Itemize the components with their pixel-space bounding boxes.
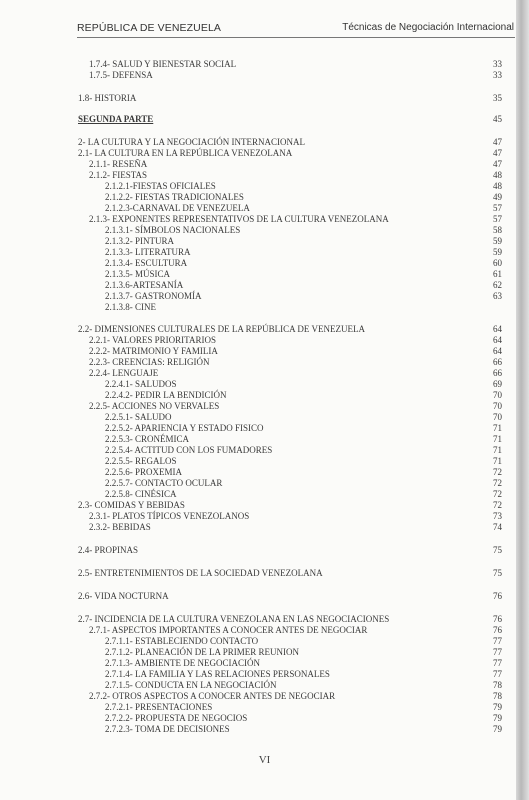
toc-entry-page: 48 <box>493 170 502 181</box>
header-book-title: Técnicas de Negociación Internacional <box>342 22 514 33</box>
toc-entry-page: 78 <box>493 680 502 691</box>
toc-entry-title: 2.2.2- MATRIMONIO Y FAMILIA <box>89 346 218 357</box>
toc-entry: 2.1.2- FIESTAS48 <box>78 170 502 181</box>
toc-entry-page: 48 <box>493 181 502 192</box>
toc-entry-title: 2.1.2.3-CARNAVAL DE VENEZUELA <box>105 203 250 214</box>
toc-entry-page: 77 <box>493 647 502 658</box>
toc-entry: 1.7.4- SALUD Y BIENESTAR SOCIAL33 <box>78 59 502 70</box>
toc-entry-title: 2.7.2.2- PROPUESTA DE NEGOCIOS <box>105 713 247 724</box>
toc-entry-page: 76 <box>493 614 502 625</box>
toc-entry: 2.7.1.4- LA FAMILIA Y LAS RELACIONES PER… <box>78 669 502 680</box>
header-country: REPÚBLICA DE VENEZUELA <box>77 22 221 34</box>
toc-entry-title: 2.1.3.1- SÍMBOLOS NACIONALES <box>105 225 240 236</box>
toc-entry-title: 2.7- INCIDENCIA DE LA CULTURA VENEZOLANA… <box>78 614 389 625</box>
toc-entry: 2.4- PROPINAS75 <box>78 545 502 556</box>
toc-entry-title: 2.1.2.2- FIESTAS TRADICIONALES <box>105 192 244 203</box>
toc-entry: 2.7.2.3- TOMA DE DECISIONES79 <box>78 724 502 735</box>
toc-entry: 2.3.2- BEBIDAS74 <box>78 522 502 533</box>
toc-entry-page: 64 <box>493 346 502 357</box>
toc-entry-page: 76 <box>493 625 502 636</box>
toc-entry-page: 71 <box>493 456 502 467</box>
toc-entry-page: 64 <box>493 335 502 346</box>
toc-entry: 2.6- VIDA NOCTURNA76 <box>78 591 502 602</box>
document-page: REPÚBLICA DE VENEZUELA Técnicas de Negoc… <box>0 0 516 800</box>
toc-entry-title: 2.2.5.1- SALUDO <box>105 412 172 423</box>
toc-entry-title: 2.1.2- FIESTAS <box>89 170 147 181</box>
toc-entry-page: 78 <box>493 691 502 702</box>
toc-entry: 2.1.3.4- ESCULTURA60 <box>78 258 502 269</box>
toc-entry-title: 2.7.2.3- TOMA DE DECISIONES <box>105 724 230 735</box>
toc-entry: 2.2.3- CREENCIAS: RELIGIÓN66 <box>78 357 502 368</box>
toc-entry-page: 71 <box>493 434 502 445</box>
toc-entry: 2.1.1- RESEÑA47 <box>78 159 502 170</box>
toc-entry-page: 73 <box>493 511 502 522</box>
toc-entry: 2.2.2- MATRIMONIO Y FAMILIA64 <box>78 346 502 357</box>
toc-entry-page: 35 <box>493 93 502 104</box>
toc-entry-page: 62 <box>493 280 502 291</box>
toc-entry-page: 72 <box>493 500 502 511</box>
toc-entry: 2.3- COMIDAS Y BEBIDAS72 <box>78 500 502 511</box>
toc-entry: 2.3.1- PLATOS TÍPICOS VENEZOLANOS73 <box>78 511 502 522</box>
toc-entry-page: 57 <box>493 214 502 225</box>
toc-entry-title: 2.2.5- ACCIONES NO VERVALES <box>89 401 219 412</box>
toc-entry-page: 60 <box>493 258 502 269</box>
toc-entry-title: 2.1.3.4- ESCULTURA <box>105 258 187 269</box>
toc-entry-title: 2.2.4.2- PEDIR LA BENDICIÓN <box>105 390 227 401</box>
toc-entry: 2.2.5.3- CRONÉMICA71 <box>78 434 502 445</box>
toc-entry-page: 75 <box>493 568 502 579</box>
toc-entry: 2.2.4.1- SALUDOS69 <box>78 379 502 390</box>
toc-entry: 2.1.3.2- PINTURA59 <box>78 236 502 247</box>
toc-entry-title: 2.7.1- ASPECTOS IMPORTANTES A CONOCER AN… <box>89 625 367 636</box>
toc-entry: 2.2- DIMENSIONES CULTURALES DE LA REPÚBL… <box>78 324 502 335</box>
toc-entry-title: 2.4- PROPINAS <box>78 545 138 556</box>
toc-entry-title: 2.7.1.4- LA FAMILIA Y LAS RELACIONES PER… <box>105 669 330 680</box>
toc-entry-page: 63 <box>493 291 502 302</box>
toc-entry: 2.7.1.3- AMBIENTE DE NEGOCIACIÓN77 <box>78 658 502 669</box>
toc-entry-page: 45 <box>493 114 502 125</box>
toc-entry-page: 47 <box>493 159 502 170</box>
toc-entry-title: 2.2.5.7- CONTACTO OCULAR <box>105 478 222 489</box>
toc-entry: 2.2.5.2- APARIENCIA Y ESTADO FISICO71 <box>78 423 502 434</box>
toc-entry: 2.7.2- OTROS ASPECTOS A CONOCER ANTES DE… <box>78 691 502 702</box>
toc-entry: 2.7.2.1- PRESENTACIONES79 <box>78 702 502 713</box>
toc-entry-title: 2.1.3.2- PINTURA <box>105 236 174 247</box>
header-rule <box>77 37 515 38</box>
toc-entry: 2.2.4.2- PEDIR LA BENDICIÓN70 <box>78 390 502 401</box>
toc-entry: 2.1.3.7- GASTRONOMÍA63 <box>78 291 502 302</box>
toc-entry-page: 58 <box>493 225 502 236</box>
toc-entry-title: 2.2.4- LENGUAJE <box>89 368 158 379</box>
toc-entry-title: 2.7.1.3- AMBIENTE DE NEGOCIACIÓN <box>105 658 260 669</box>
toc-entry: SEGUNDA PARTE45 <box>78 114 502 125</box>
toc-entry-page: 79 <box>493 713 502 724</box>
toc-entry-title: 2.2- DIMENSIONES CULTURALES DE LA REPÚBL… <box>78 324 365 335</box>
toc-entry: 2.7.1.1- ESTABLECIENDO CONTACTO77 <box>78 636 502 647</box>
page-edge-shadow <box>516 0 529 800</box>
toc-entry-title: 2.1.1- RESEÑA <box>89 159 147 170</box>
toc-entry-title: 1.7.5- DEFENSA <box>89 70 153 81</box>
toc-entry: 2.1.3.1- SÍMBOLOS NACIONALES58 <box>78 225 502 236</box>
toc-entry: 2.7.2.2- PROPUESTA DE NEGOCIOS79 <box>78 713 502 724</box>
toc-entry-title: 2.7.1.1- ESTABLECIENDO CONTACTO <box>105 636 258 647</box>
toc-entry-page: 61 <box>493 269 502 280</box>
toc-entry: 2.1- LA CULTURA EN LA REPÚBLICA VENEZOLA… <box>78 148 502 159</box>
toc-entry-title: 2.2.5.2- APARIENCIA Y ESTADO FISICO <box>105 423 264 434</box>
toc-entry-page: 75 <box>493 545 502 556</box>
toc-entry-title: SEGUNDA PARTE <box>78 114 153 125</box>
toc-entry-title: 2.2.5.4- ACTITUD CON LOS FUMADORES <box>105 445 272 456</box>
toc-entry-title: 2.2.5.3- CRONÉMICA <box>105 434 189 445</box>
toc-entry-title: 2.3.2- BEBIDAS <box>89 522 151 533</box>
toc-entry-title: 2.1.3- EXPONENTES REPRESENTATIVOS DE LA … <box>89 214 389 225</box>
toc-entry: 2.1.2.3-CARNAVAL DE VENEZUELA57 <box>78 203 502 214</box>
toc-entry-page: 49 <box>493 192 502 203</box>
toc-entry-title: 2.5- ENTRETENIMIENTOS DE LA SOCIEDAD VEN… <box>78 568 323 579</box>
toc-entry-page: 33 <box>493 59 502 70</box>
toc-entry: 1.8- HISTORIA35 <box>78 93 502 104</box>
toc-entry-page: 64 <box>493 324 502 335</box>
toc-entry-page: 33 <box>493 70 502 81</box>
toc-entry-page: 76 <box>493 591 502 602</box>
toc-entry-title: 2.1.3.5- MÚSICA <box>105 269 170 280</box>
toc-entry-page: 59 <box>493 236 502 247</box>
toc-entry: 2.2.1- VALORES PRIORITARIOS64 <box>78 335 502 346</box>
toc-entry: 2.7.1.2- PLANEACIÓN DE LA PRIMER REUNION… <box>78 647 502 658</box>
toc-entry-page: 72 <box>493 467 502 478</box>
toc-entry: 1.7.5- DEFENSA33 <box>78 70 502 81</box>
toc-entry-page: 59 <box>493 247 502 258</box>
toc-entry-title: 2.2.5.6- PROXEMIA <box>105 467 182 478</box>
toc-entry: 2.2.5.7- CONTACTO OCULAR72 <box>78 478 502 489</box>
toc-entry-page: 47 <box>493 137 502 148</box>
toc-entry-title: 2.7.2- OTROS ASPECTOS A CONOCER ANTES DE… <box>89 691 335 702</box>
toc-entry-title: 2.1.3.7- GASTRONOMÍA <box>105 291 202 302</box>
toc-entry-title: 2.7.2.1- PRESENTACIONES <box>105 702 212 713</box>
toc-entry-page: 77 <box>493 636 502 647</box>
toc-entry: 2.2.5.4- ACTITUD CON LOS FUMADORES71 <box>78 445 502 456</box>
toc-entry: 2.2.5.5- REGALOS71 <box>78 456 502 467</box>
toc-entry: 2.1.3.5- MÚSICA61 <box>78 269 502 280</box>
toc-entry-page: 77 <box>493 669 502 680</box>
toc-entry-page: 70 <box>493 390 502 401</box>
toc-entry-title: 2.2.4.1- SALUDOS <box>105 379 177 390</box>
toc-entry-page: 79 <box>493 724 502 735</box>
toc-entry-title: 2.2.5.5- REGALOS <box>105 456 177 467</box>
toc-entry-page: 77 <box>493 658 502 669</box>
toc-entry-title: 2.1.3.6-ARTESANÍA <box>105 280 183 291</box>
toc-entry: 2.1.2.2- FIESTAS TRADICIONALES49 <box>78 192 502 203</box>
toc-entry: 2.7.1- ASPECTOS IMPORTANTES A CONOCER AN… <box>78 625 502 636</box>
toc-entry-page: 72 <box>493 478 502 489</box>
toc-entry: 2.1.2.1-FIESTAS OFICIALES48 <box>78 181 502 192</box>
toc-entry-page: 69 <box>493 379 502 390</box>
toc-entry-page: 79 <box>493 702 502 713</box>
toc-entry-title: 2.2.1- VALORES PRIORITARIOS <box>89 335 216 346</box>
toc-entry: 2.1.3.3- LITERATURA59 <box>78 247 502 258</box>
page-number: VI <box>0 754 529 766</box>
toc-entry: 2.2.5- ACCIONES NO VERVALES70 <box>78 401 502 412</box>
toc-entry: 2.1.3- EXPONENTES REPRESENTATIVOS DE LA … <box>78 214 502 225</box>
toc-entry: 2.2.5.8- CINÉSICA72 <box>78 489 502 500</box>
toc-entry: 2.2.5.6- PROXEMIA72 <box>78 467 502 478</box>
toc-entry-page: 72 <box>493 489 502 500</box>
toc-entry-title: 2.2.5.8- CINÉSICA <box>105 489 177 500</box>
toc-entry: 2.7.1.5- CONDUCTA EN LA NEGOCIACIÓN78 <box>78 680 502 691</box>
toc-entry-title: 2.6- VIDA NOCTURNA <box>78 591 169 602</box>
toc-entry: 2.5- ENTRETENIMIENTOS DE LA SOCIEDAD VEN… <box>78 568 502 579</box>
toc-entry-title: 2.1.3.8- CINE <box>105 302 156 313</box>
toc-entry-page: 66 <box>493 368 502 379</box>
toc-entry-title: 2.1.3.3- LITERATURA <box>105 247 191 258</box>
toc-entry: 2.1.3.8- CINE <box>78 302 502 313</box>
toc-entry-page: 70 <box>493 401 502 412</box>
toc-entry-title: 2.1.2.1-FIESTAS OFICIALES <box>105 181 216 192</box>
toc-entry-page: 57 <box>493 203 502 214</box>
toc-entry-title: 2.7.1.2- PLANEACIÓN DE LA PRIMER REUNION <box>105 647 299 658</box>
toc-entry-page: 71 <box>493 445 502 456</box>
toc-entry-title: 2.1- LA CULTURA EN LA REPÚBLICA VENEZOLA… <box>78 148 292 159</box>
toc-entry-title: 2.3- COMIDAS Y BEBIDAS <box>78 500 185 511</box>
toc-entry-title: 2- LA CULTURA Y LA NEGOCIACIÓN INTERNACI… <box>78 137 305 148</box>
toc-entry-page: 70 <box>493 412 502 423</box>
toc-entry-title: 1.8- HISTORIA <box>78 93 136 104</box>
toc-entry: 2.7- INCIDENCIA DE LA CULTURA VENEZOLANA… <box>78 614 502 625</box>
toc-entry-page: 66 <box>493 357 502 368</box>
toc-entry-title: 2.3.1- PLATOS TÍPICOS VENEZOLANOS <box>89 511 249 522</box>
toc-entry-title: 2.2.3- CREENCIAS: RELIGIÓN <box>89 357 210 368</box>
running-header: REPÚBLICA DE VENEZUELA Técnicas de Negoc… <box>77 22 514 36</box>
toc-entry-page: 74 <box>493 522 502 533</box>
toc-entry: 2.2.4- LENGUAJE66 <box>78 368 502 379</box>
toc-entry: 2.2.5.1- SALUDO70 <box>78 412 502 423</box>
toc-entry-page: 47 <box>493 148 502 159</box>
toc-entry-page: 71 <box>493 423 502 434</box>
toc-entry: 2- LA CULTURA Y LA NEGOCIACIÓN INTERNACI… <box>78 137 502 148</box>
toc-entry-title: 1.7.4- SALUD Y BIENESTAR SOCIAL <box>89 59 236 70</box>
toc-entry-title: 2.7.1.5- CONDUCTA EN LA NEGOCIACIÓN <box>105 680 277 691</box>
toc-entry: 2.1.3.6-ARTESANÍA62 <box>78 280 502 291</box>
